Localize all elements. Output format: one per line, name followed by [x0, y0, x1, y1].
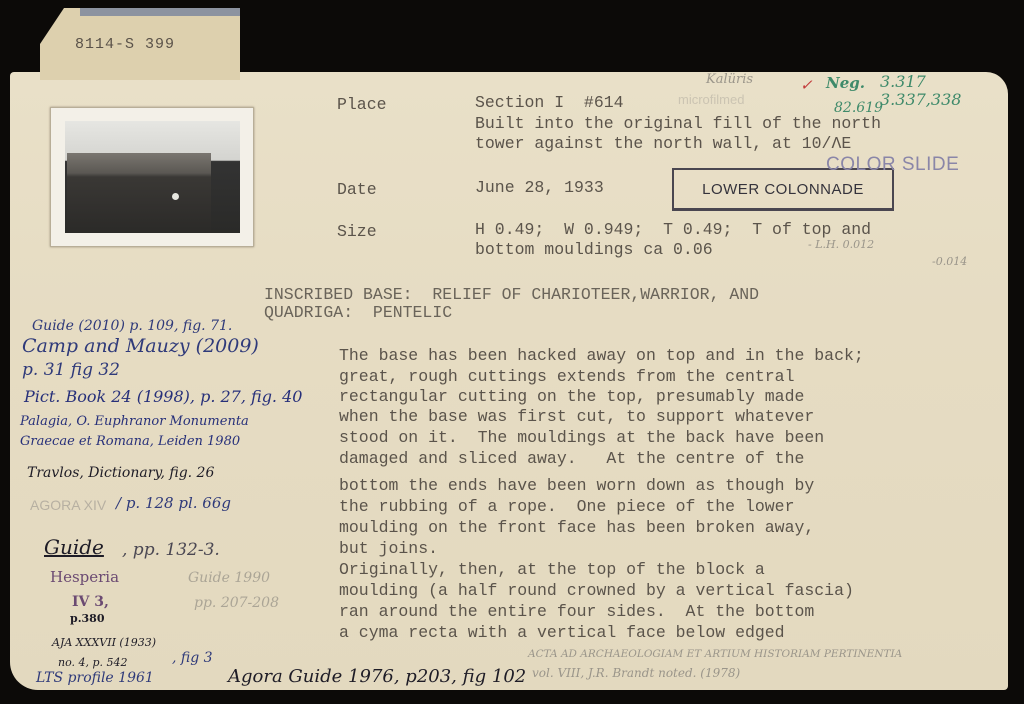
ref-travlos: Travlos, Dictionary, fig. 26 [27, 465, 214, 481]
place-line-1: Section I #614 [475, 93, 624, 112]
desc-line: a cyma recta with a vertical face below … [339, 623, 785, 642]
place-line-3: tower against the north wall, at 10/ΛE [475, 134, 851, 153]
ref-pict-book: Pict. Book 24 (1998), p. 27, fig. 40 [24, 387, 302, 406]
date-label: Date [337, 180, 377, 199]
neg-number-1: 3.317 [880, 72, 926, 91]
hesperia-stamp: Hesperia [50, 568, 119, 586]
desc-line: but joins. [339, 539, 438, 558]
ref-agora-xiv-page: / p. 128 pl. 66g [116, 494, 231, 512]
check-mark-icon: ✓ [800, 76, 813, 94]
desc-line: moulding (a half round crowned by a vert… [339, 581, 854, 600]
desc-line: the rubbing of a rope. One piece of the … [339, 497, 794, 516]
size-label: Size [337, 222, 377, 241]
desc-line: moulding on the front face has been brok… [339, 518, 814, 537]
desc-line: The base has been hacked away on top and… [339, 346, 864, 365]
size-line-2: bottom mouldings ca 0.06 [475, 240, 713, 259]
photo-block [67, 153, 211, 233]
ref-acta-1: ACTA AD ARCHAEOLOGIAM ET ARTIUM HISTORIA… [528, 648, 902, 660]
ref-aja-fig: , fig 3 [172, 650, 213, 666]
desc-line: great, rough cuttings extends from the c… [339, 367, 794, 386]
ref-camp-mauzy-page: p. 31 fig 32 [22, 360, 120, 380]
ref-palagia: Palagia, O. Euphranor Monumenta [20, 414, 249, 429]
desc-line: bottom the ends have been worn down as t… [339, 476, 814, 495]
date-value: June 28, 1933 [475, 178, 604, 197]
title-line-1: INSCRIBED BASE: RELIEF OF CHARIOTEER,WAR… [264, 285, 759, 304]
place-label: Place [337, 95, 387, 114]
ref-camp-mauzy: Camp and Mauzy (2009) [22, 335, 259, 357]
color-slide-stamp: COLOR SLIDE [826, 154, 959, 176]
hesperia-page: p.380 [70, 612, 104, 625]
desc-line: stood on it. The mouldings at the back h… [339, 428, 824, 447]
hesperia-volume: IV 3, [72, 594, 109, 610]
desc-line: rectangular cutting on the top, presumab… [339, 387, 804, 406]
ref-lts-profile: LTS profile 1961 [36, 670, 154, 686]
ref-palagia-2: Graecae et Romana, Leiden 1980 [20, 434, 240, 449]
ref-agora-guide-1976: Agora Guide 1976, p203, fig 102 [228, 666, 526, 687]
inventory-number: 8114-S 399 [75, 36, 175, 53]
desc-line: when the base was first cut, to support … [339, 407, 814, 426]
letter-height-2: -0.014 [932, 255, 967, 268]
size-line-1: H 0.49; W 0.949; T 0.49; T of top and [475, 220, 871, 239]
photo-image [65, 121, 240, 233]
desc-line: Originally, then, at the top of the bloc… [339, 560, 765, 579]
photo-spot [172, 193, 179, 200]
neg-number-2: 3.337,338 [880, 90, 961, 109]
ref-guide-1990-pages: pp. 207-208 [194, 595, 279, 611]
ref-guide-1990: Guide 1990 [188, 570, 270, 586]
desc-line: ran around the entire four sides. At the… [339, 602, 814, 621]
agora-xiv-stamp: AGORA XIV [30, 497, 106, 513]
microfilmed-stamp: microfilmed [678, 92, 744, 107]
kaluris-note: Kalüris [706, 72, 753, 87]
ref-aja: AJA XXXVII (1933) [52, 636, 156, 649]
ref-guide-pages: , pp. 132-3. [122, 540, 220, 560]
ref-guide-2010: Guide (2010) p. 109, fig. 71. [32, 318, 232, 334]
ref-aja-page: no. 4, p. 542 [58, 656, 128, 669]
desc-line: damaged and sliced away. At the centre o… [339, 449, 804, 468]
place-line-2: Built into the original fill of the nort… [475, 114, 881, 133]
ref-guide: Guide [44, 535, 104, 559]
title-line-2: QUADRIGA: PENTELIC [264, 303, 452, 322]
neg-number-3: 82.619 [834, 100, 883, 116]
neg-label: Neg. [826, 74, 865, 92]
object-photo [50, 107, 254, 247]
ref-acta-2: vol. VIII, J.R. Brandt noted. (1978) [532, 666, 740, 680]
tab-tape [80, 8, 240, 16]
letter-height-1: - L.H. 0.012 [808, 238, 874, 251]
